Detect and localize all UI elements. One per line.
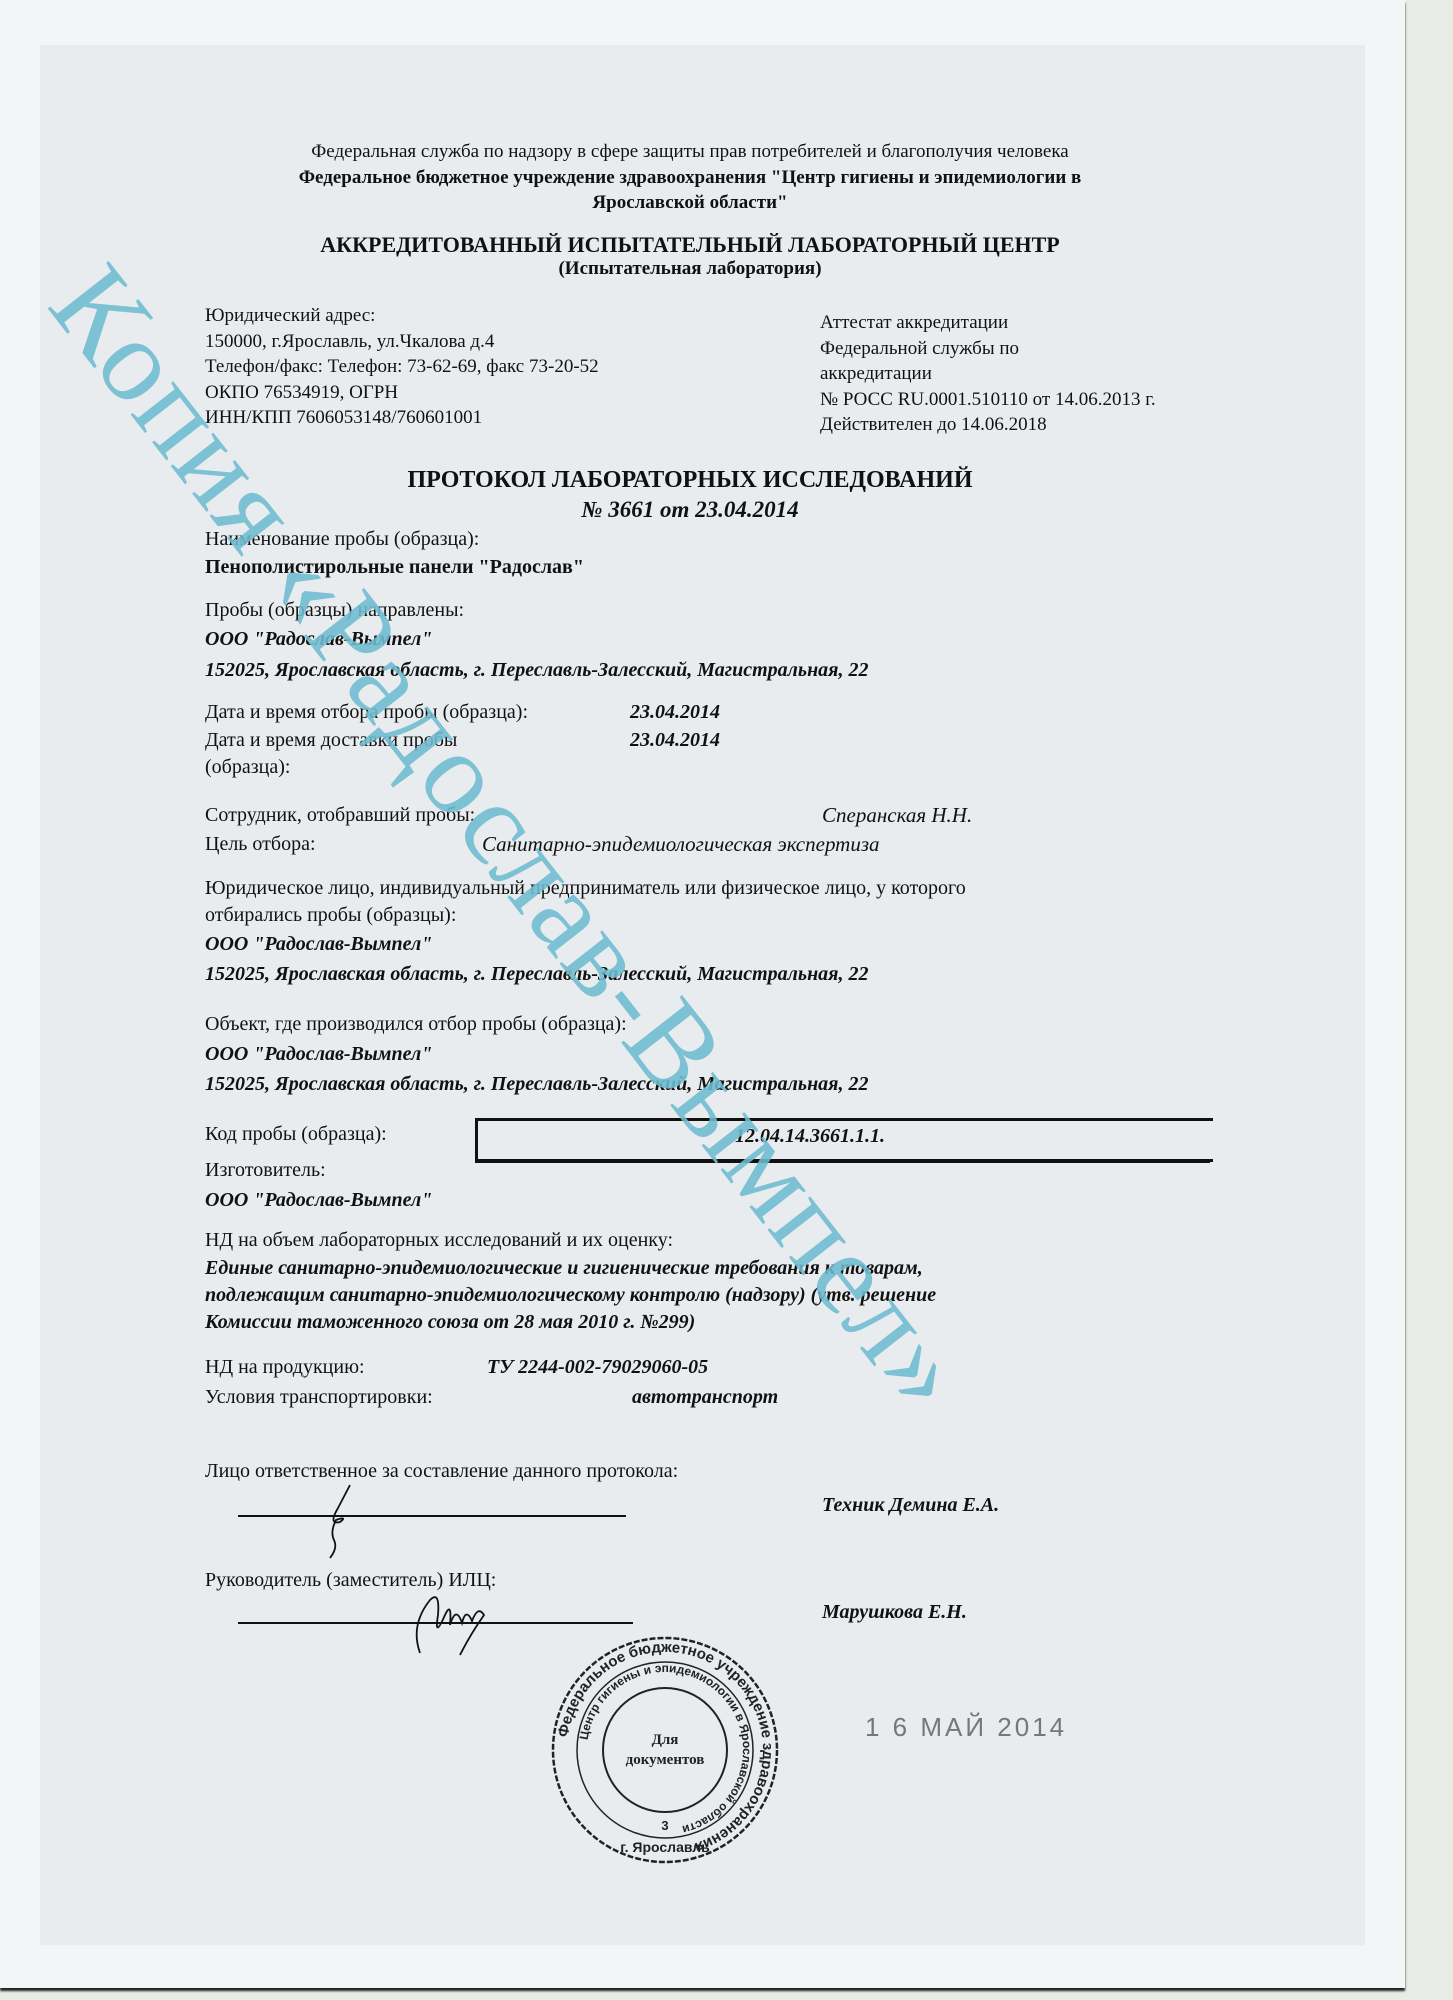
nd-scope-line: Комиссии таможенного союза от 28 мая 201… (205, 1310, 695, 1334)
lab-subtitle: (Испытательная лаборатория) (190, 258, 1190, 280)
signature-icon (300, 1480, 370, 1560)
accreditation-line: Аттестат аккредитации (820, 310, 1156, 336)
institution-region: Ярославской области" (190, 191, 1190, 215)
accreditation-validity: Действителен до 14.06.2018 (820, 412, 1156, 438)
accreditation-line: Федеральной службы по (820, 336, 1156, 362)
date-stamp: 1 6 МАЙ 2014 (865, 1712, 1067, 1743)
address-value: 150000, г.Ярославль, ул.Чкалова д.4 (205, 329, 599, 355)
responsible-name: Техник Демина Е.А. (822, 1493, 999, 1517)
employee-name: Сперанская Н.Н. (822, 803, 972, 828)
head-name: Марушкова Е.Н. (822, 1600, 967, 1624)
signature-line (238, 1515, 626, 1517)
accreditation-block: Аттестат аккредитации Федеральной службы… (820, 310, 1156, 438)
phone-value: Телефон/факс: Телефон: 73-62-69, факс 73… (205, 354, 599, 380)
svg-text:документов: документов (626, 1752, 705, 1768)
okpo-value: ОКПО 76534919, ОГРН (205, 380, 599, 406)
manufacturer-value: ООО "Радослав-Вымпел" (205, 1188, 432, 1212)
nd-product-label: НД на продукцию: (205, 1355, 365, 1379)
official-seal: Федеральное бюджетное учреждение здравоо… (545, 1630, 785, 1870)
entity-org: ООО "Радослав-Вымпел" (205, 932, 432, 956)
delivery-date-label-cont: (образца): (205, 755, 290, 779)
nd-scope-label: НД на объем лабораторных исследований и … (205, 1228, 673, 1252)
accreditation-line: аккредитации (820, 361, 1156, 387)
object-org: ООО "Радослав-Вымпел" (205, 1042, 432, 1066)
svg-text:3: 3 (661, 1818, 668, 1833)
seal-icon: Федеральное бюджетное учреждение здравоо… (545, 1630, 785, 1870)
protocol-title: ПРОТОКОЛ ЛАБОРАТОРНЫХ ИССЛЕДОВАНИЙ (190, 467, 1190, 494)
document-page: Федеральная служба по надзору в сфере за… (0, 0, 1405, 1988)
responsible-label: Лицо ответственное за составление данног… (205, 1459, 678, 1483)
svg-text:Для: Для (652, 1732, 679, 1748)
institution-line: Федеральное бюджетное учреждение здравоо… (190, 166, 1190, 190)
nd-product-value: ТУ 2244-002-79029060-05 (487, 1355, 708, 1379)
transport-label: Условия транспортировки: (205, 1385, 433, 1409)
svg-text:г. Ярославль: г. Ярославль (620, 1839, 710, 1855)
signature-icon (400, 1585, 510, 1660)
purpose-label: Цель отбора: (205, 832, 316, 856)
delivery-date: 23.04.2014 (630, 728, 720, 752)
entity-label-cont: отбирались пробы (образцы): (205, 903, 456, 927)
address-label: Юридический адрес: (205, 303, 599, 329)
lab-title: АККРЕДИТОВАННЫЙ ИСПЫТАТЕЛЬНЫЙ ЛАБОРАТОРН… (190, 232, 1190, 258)
transport-value: автотранспорт (632, 1385, 778, 1409)
agency-line: Федеральная служба по надзору в сфере за… (190, 140, 1190, 164)
manufacturer-label: Изготовитель: (205, 1158, 326, 1182)
accreditation-number: № РОСС RU.0001.510110 от 14.06.2013 г. (820, 387, 1156, 413)
code-label: Код пробы (образца): (205, 1122, 387, 1146)
sampling-date: 23.04.2014 (630, 700, 720, 724)
